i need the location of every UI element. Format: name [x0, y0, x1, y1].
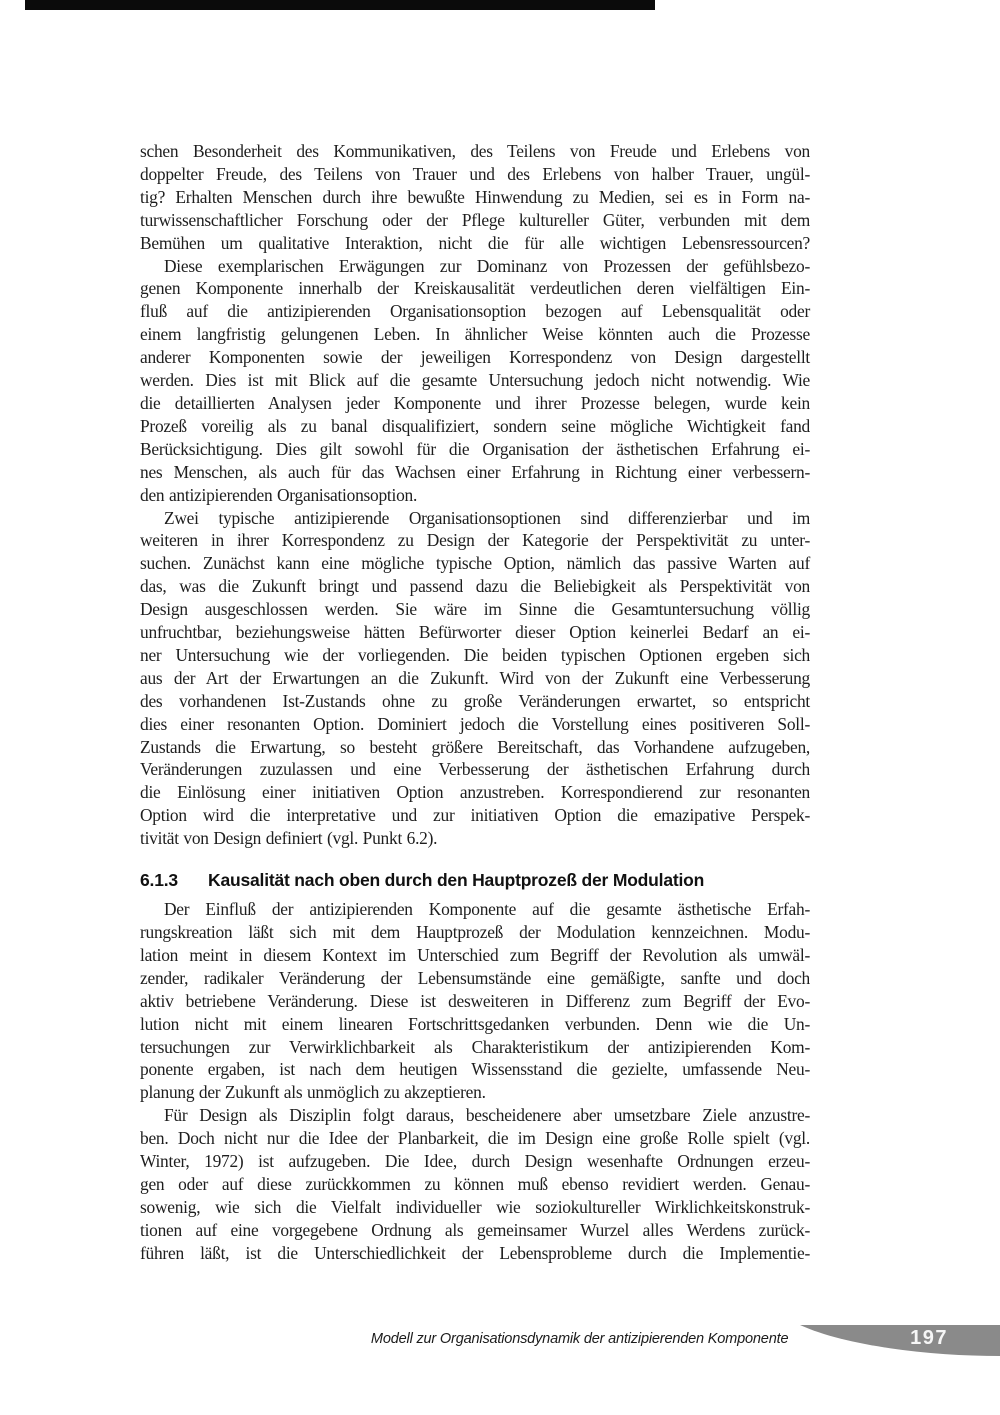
scan-artifact-bar	[25, 0, 655, 10]
page-tab-swoosh-shape	[800, 1323, 1000, 1359]
book-page: schen Besonderheit des Kommunikativen, d…	[0, 0, 1000, 1415]
text-line: doppelter Freude, des Teilens von Trauer…	[140, 163, 810, 186]
paragraph: Diese exemplarischen Erwägungen zur Domi…	[140, 255, 810, 507]
footer-running-title: Modell zur Organisationsdynamik der anti…	[371, 1330, 788, 1347]
text-line: Berücksichtigung. Dies gilt sowohl für d…	[140, 438, 810, 461]
text-line: suchen. Zunächst kann eine mögliche typi…	[140, 552, 810, 575]
text-line: Winter, 1972) ist aufzugeben. Die Idee, …	[140, 1150, 810, 1173]
text-line: des vorhandenen Ist-Zustands ohne zu gro…	[140, 690, 810, 713]
text-line: Bemühen um qualitative Interaktion, nich…	[140, 232, 810, 255]
text-line: einem langfristig gelungenen Leben. In ä…	[140, 323, 810, 346]
text-line: dies einer resonanten Option. Dominiert …	[140, 713, 810, 736]
paragraph: Für Design als Disziplin folgt daraus, b…	[140, 1104, 810, 1264]
text-line: führen läßt, ist die Unterschiedlichkeit…	[140, 1242, 810, 1265]
text-line: turwissenschaftlicher Forschung oder der…	[140, 209, 810, 232]
text-line: rungskreation läßt sich mit dem Hauptpro…	[140, 921, 810, 944]
section-heading-title: Kausalität nach oben durch den Hauptproz…	[208, 869, 704, 891]
paragraph: Der Einfluß der antizipierenden Komponen…	[140, 898, 810, 1104]
text-line: Design ausgeschlossen werden. Sie wäre i…	[140, 598, 810, 621]
text-line: schen Besonderheit des Kommunikativen, d…	[140, 140, 810, 163]
text-line: tig? Erhalten Menschen durch ihre bewußt…	[140, 186, 810, 209]
text-line: den antizipierenden Organisationsoption.	[140, 484, 810, 507]
text-line: aktiv betriebene Veränderung. Diese ist …	[140, 990, 810, 1013]
text-line: weiteren in ihrer Korrespondenz zu Desig…	[140, 529, 810, 552]
text-line: werden. Dies ist mit Blick auf die gesam…	[140, 369, 810, 392]
page-number: 197	[910, 1327, 948, 1350]
text-line: Der Einfluß der antizipierenden Komponen…	[140, 898, 810, 921]
text-line: ner Untersuchung wie der vorliegenden. D…	[140, 644, 810, 667]
section-heading-number: 6.1.3	[140, 869, 208, 891]
text-line: zender, radikaler Veränderung der Lebens…	[140, 967, 810, 990]
text-line: tersuchungen zur Verwirklichbarkeit als …	[140, 1036, 810, 1059]
text-line: Diese exemplarischen Erwägungen zur Domi…	[140, 255, 810, 278]
text-line: Zwei typische antizipierende Organisatio…	[140, 507, 810, 530]
paragraph: schen Besonderheit des Kommunikativen, d…	[140, 140, 810, 255]
text-line: anderer Komponenten sowie der jeweiligen…	[140, 346, 810, 369]
text-line: das, was die Zukunft bringt und passend …	[140, 575, 810, 598]
text-line: lution nicht mit einem linearen Fortschr…	[140, 1013, 810, 1036]
text-line: die detaillierten Analysen jeder Kompone…	[140, 392, 810, 415]
text-line: die Einlösung einer initiativen Option a…	[140, 781, 810, 804]
text-line: sowenig, wie sich die Vielfalt individue…	[140, 1196, 810, 1219]
text-line: Veränderungen zuzulassen und eine Verbes…	[140, 758, 810, 781]
text-line: Option wird die interpretative und zur i…	[140, 804, 810, 827]
text-line: ben. Doch nicht nur die Idee der Planbar…	[140, 1127, 810, 1150]
text-line: Für Design als Disziplin folgt daraus, b…	[140, 1104, 810, 1127]
text-line: aus der Art der Erwartungen an die Zukun…	[140, 667, 810, 690]
paragraph: Zwei typische antizipierende Organisatio…	[140, 507, 810, 851]
text-line: fluß auf die antizipierenden Organisatio…	[140, 300, 810, 323]
text-line: nes Menschen, als auch für das Wachsen e…	[140, 461, 810, 484]
text-line: gen oder auf diese zurückkommen zu könne…	[140, 1173, 810, 1196]
text-line: Prozeß voreilig als zu banal disqualifiz…	[140, 415, 810, 438]
text-line: Zustands die Erwartung, so besteht größe…	[140, 736, 810, 759]
text-line: genen Komponente innerhalb der Kreiskaus…	[140, 277, 810, 300]
text-line: planung der Zukunft als unmöglich zu akz…	[140, 1081, 810, 1104]
text-line: ponente ergaben, ist nach dem heutigen W…	[140, 1058, 810, 1081]
section-heading: 6.1.3Kausalität nach oben durch den Haup…	[140, 869, 810, 891]
body-text: schen Besonderheit des Kommunikativen, d…	[140, 140, 810, 1265]
text-line: unfruchtbar, beziehungsweise hätten Befü…	[140, 621, 810, 644]
text-line: tionen auf eine vorgegebene Ordnung als …	[140, 1219, 810, 1242]
text-line: lation meint in diesem Kontext im Unters…	[140, 944, 810, 967]
footer-page-tab: 197	[800, 1323, 1000, 1359]
text-line: tivität von Design definiert (vgl. Punkt…	[140, 827, 810, 850]
